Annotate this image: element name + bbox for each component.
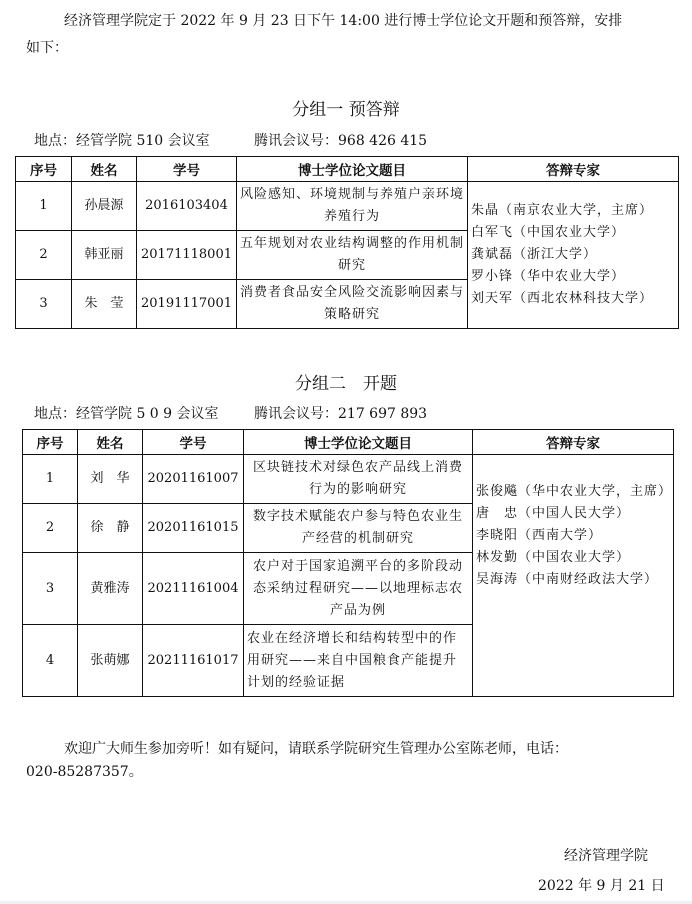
group2-meeting-id: 腾讯会议号：217 697 893 — [254, 404, 427, 424]
row-topic: 消费者食品安全风险交流影响因素与策略研究 — [237, 280, 468, 329]
row-no: 1 — [23, 455, 78, 504]
group1-title: 分组一 预答辩 — [0, 95, 692, 120]
expert: 刘天军（西北农林科技大学） — [471, 288, 675, 310]
group1-location: 地点：经管学院 510 会议室 — [34, 131, 210, 151]
group1-meeting-id: 腾讯会议号：968 426 415 — [254, 131, 427, 151]
col-header-topic: 博士学位论文题目 — [244, 430, 473, 455]
row-name: 朱 莹 — [72, 280, 137, 329]
signature-org: 经济管理学院 — [564, 846, 648, 866]
row-topic: 风险感知、环境规制与养殖户亲环境养殖行为 — [237, 182, 468, 231]
expert: 李晓阳（西南大学） — [476, 525, 670, 547]
row-id: 2016103404 — [137, 182, 237, 231]
row-no: 3 — [16, 280, 72, 329]
row-no: 3 — [23, 553, 78, 625]
expert-list: 张俊飚（华中农业大学，主席） 唐 忠（中国人民大学） 李晓阳（西南大学） 林发勤… — [473, 455, 674, 697]
row-no: 1 — [16, 182, 72, 231]
row-id: 20191117001 — [137, 280, 237, 329]
col-header-no: 序号 — [23, 430, 78, 455]
table-row: 1 孙晨源 2016103404 风险感知、环境规制与养殖户亲环境养殖行为 朱晶… — [16, 182, 679, 231]
col-header-topic: 博士学位论文题目 — [237, 157, 468, 182]
expert: 龚斌磊（浙江大学） — [471, 244, 675, 266]
col-header-name: 姓名 — [72, 157, 137, 182]
row-no: 2 — [23, 504, 78, 553]
row-name: 刘 华 — [78, 455, 143, 504]
group2-table: 序号 姓名 学号 博士学位论文题目 答辩专家 1 刘 华 20201161007… — [22, 429, 674, 697]
row-topic: 五年规划对农业结构调整的作用机制研究 — [237, 231, 468, 280]
intro-line-2: 如下： — [26, 38, 68, 58]
expert: 罗小锋（华中农业大学） — [471, 266, 675, 288]
closing-line-2: 020-85287357。 — [26, 762, 143, 782]
col-header-experts: 答辩专家 — [468, 157, 679, 182]
col-header-name: 姓名 — [78, 430, 143, 455]
table-header: 序号 姓名 学号 博士学位论文题目 答辩专家 — [16, 157, 679, 182]
row-topic: 农户对于国家追溯平台的多阶段动态采纳过程研究——以地理标志农产品为例 — [244, 553, 473, 625]
row-name: 张萌娜 — [78, 625, 143, 697]
row-name: 孙晨源 — [72, 182, 137, 231]
intro-line-1: 经济管理学院定于 2022 年 9 月 23 日下午 14:00 进行博士学位论… — [64, 11, 622, 31]
row-topic: 区块链技术对绿色农产品线上消费行为的影响研究 — [244, 455, 473, 504]
row-topic: 农业在经济增长和结构转型中的作用研究——来自中国粮食产能提升计划的经验证据 — [244, 625, 473, 697]
row-id: 20211161017 — [143, 625, 244, 697]
col-header-experts: 答辩专家 — [473, 430, 674, 455]
expert: 朱晶（南京农业大学，主席） — [471, 200, 675, 222]
row-id: 20211161004 — [143, 553, 244, 625]
table-header: 序号 姓名 学号 博士学位论文题目 答辩专家 — [23, 430, 674, 455]
table-row: 1 刘 华 20201161007 区块链技术对绿色农产品线上消费行为的影响研究… — [23, 455, 674, 504]
expert: 白军飞（中国农业大学） — [471, 222, 675, 244]
row-no: 2 — [16, 231, 72, 280]
row-topic: 数字技术赋能农户参与特色农业生产经营的机制研究 — [244, 504, 473, 553]
group2-title: 分组二 开题 — [0, 369, 692, 394]
row-no: 4 — [23, 625, 78, 697]
signature-date: 2022 年 9 月 21 日 — [538, 876, 665, 896]
expert-list: 朱晶（南京农业大学，主席） 白军飞（中国农业大学） 龚斌磊（浙江大学） 罗小锋（… — [468, 182, 679, 329]
expert: 吴海涛（中南财经政法大学） — [476, 569, 670, 591]
row-name: 徐 静 — [78, 504, 143, 553]
row-id: 20201161015 — [143, 504, 244, 553]
group1-table: 序号 姓名 学号 博士学位论文题目 答辩专家 1 孙晨源 2016103404 … — [15, 156, 679, 329]
col-header-id: 学号 — [137, 157, 237, 182]
closing-line-1: 欢迎广大师生参加旁听！如有疑问，请联系学院研究生管理办公室陈老师，电话： — [64, 739, 568, 759]
expert: 张俊飚（华中农业大学，主席） — [476, 481, 670, 503]
group2-location: 地点：经管学院 5 0 9 会议室 — [34, 404, 219, 424]
row-name: 韩亚丽 — [72, 231, 137, 280]
col-header-id: 学号 — [143, 430, 244, 455]
row-name: 黄雅涛 — [78, 553, 143, 625]
expert: 林发勤（中国农业大学） — [476, 547, 670, 569]
row-id: 20201161007 — [143, 455, 244, 504]
expert: 唐 忠（中国人民大学） — [476, 503, 670, 525]
row-id: 20171118001 — [137, 231, 237, 280]
col-header-no: 序号 — [16, 157, 72, 182]
